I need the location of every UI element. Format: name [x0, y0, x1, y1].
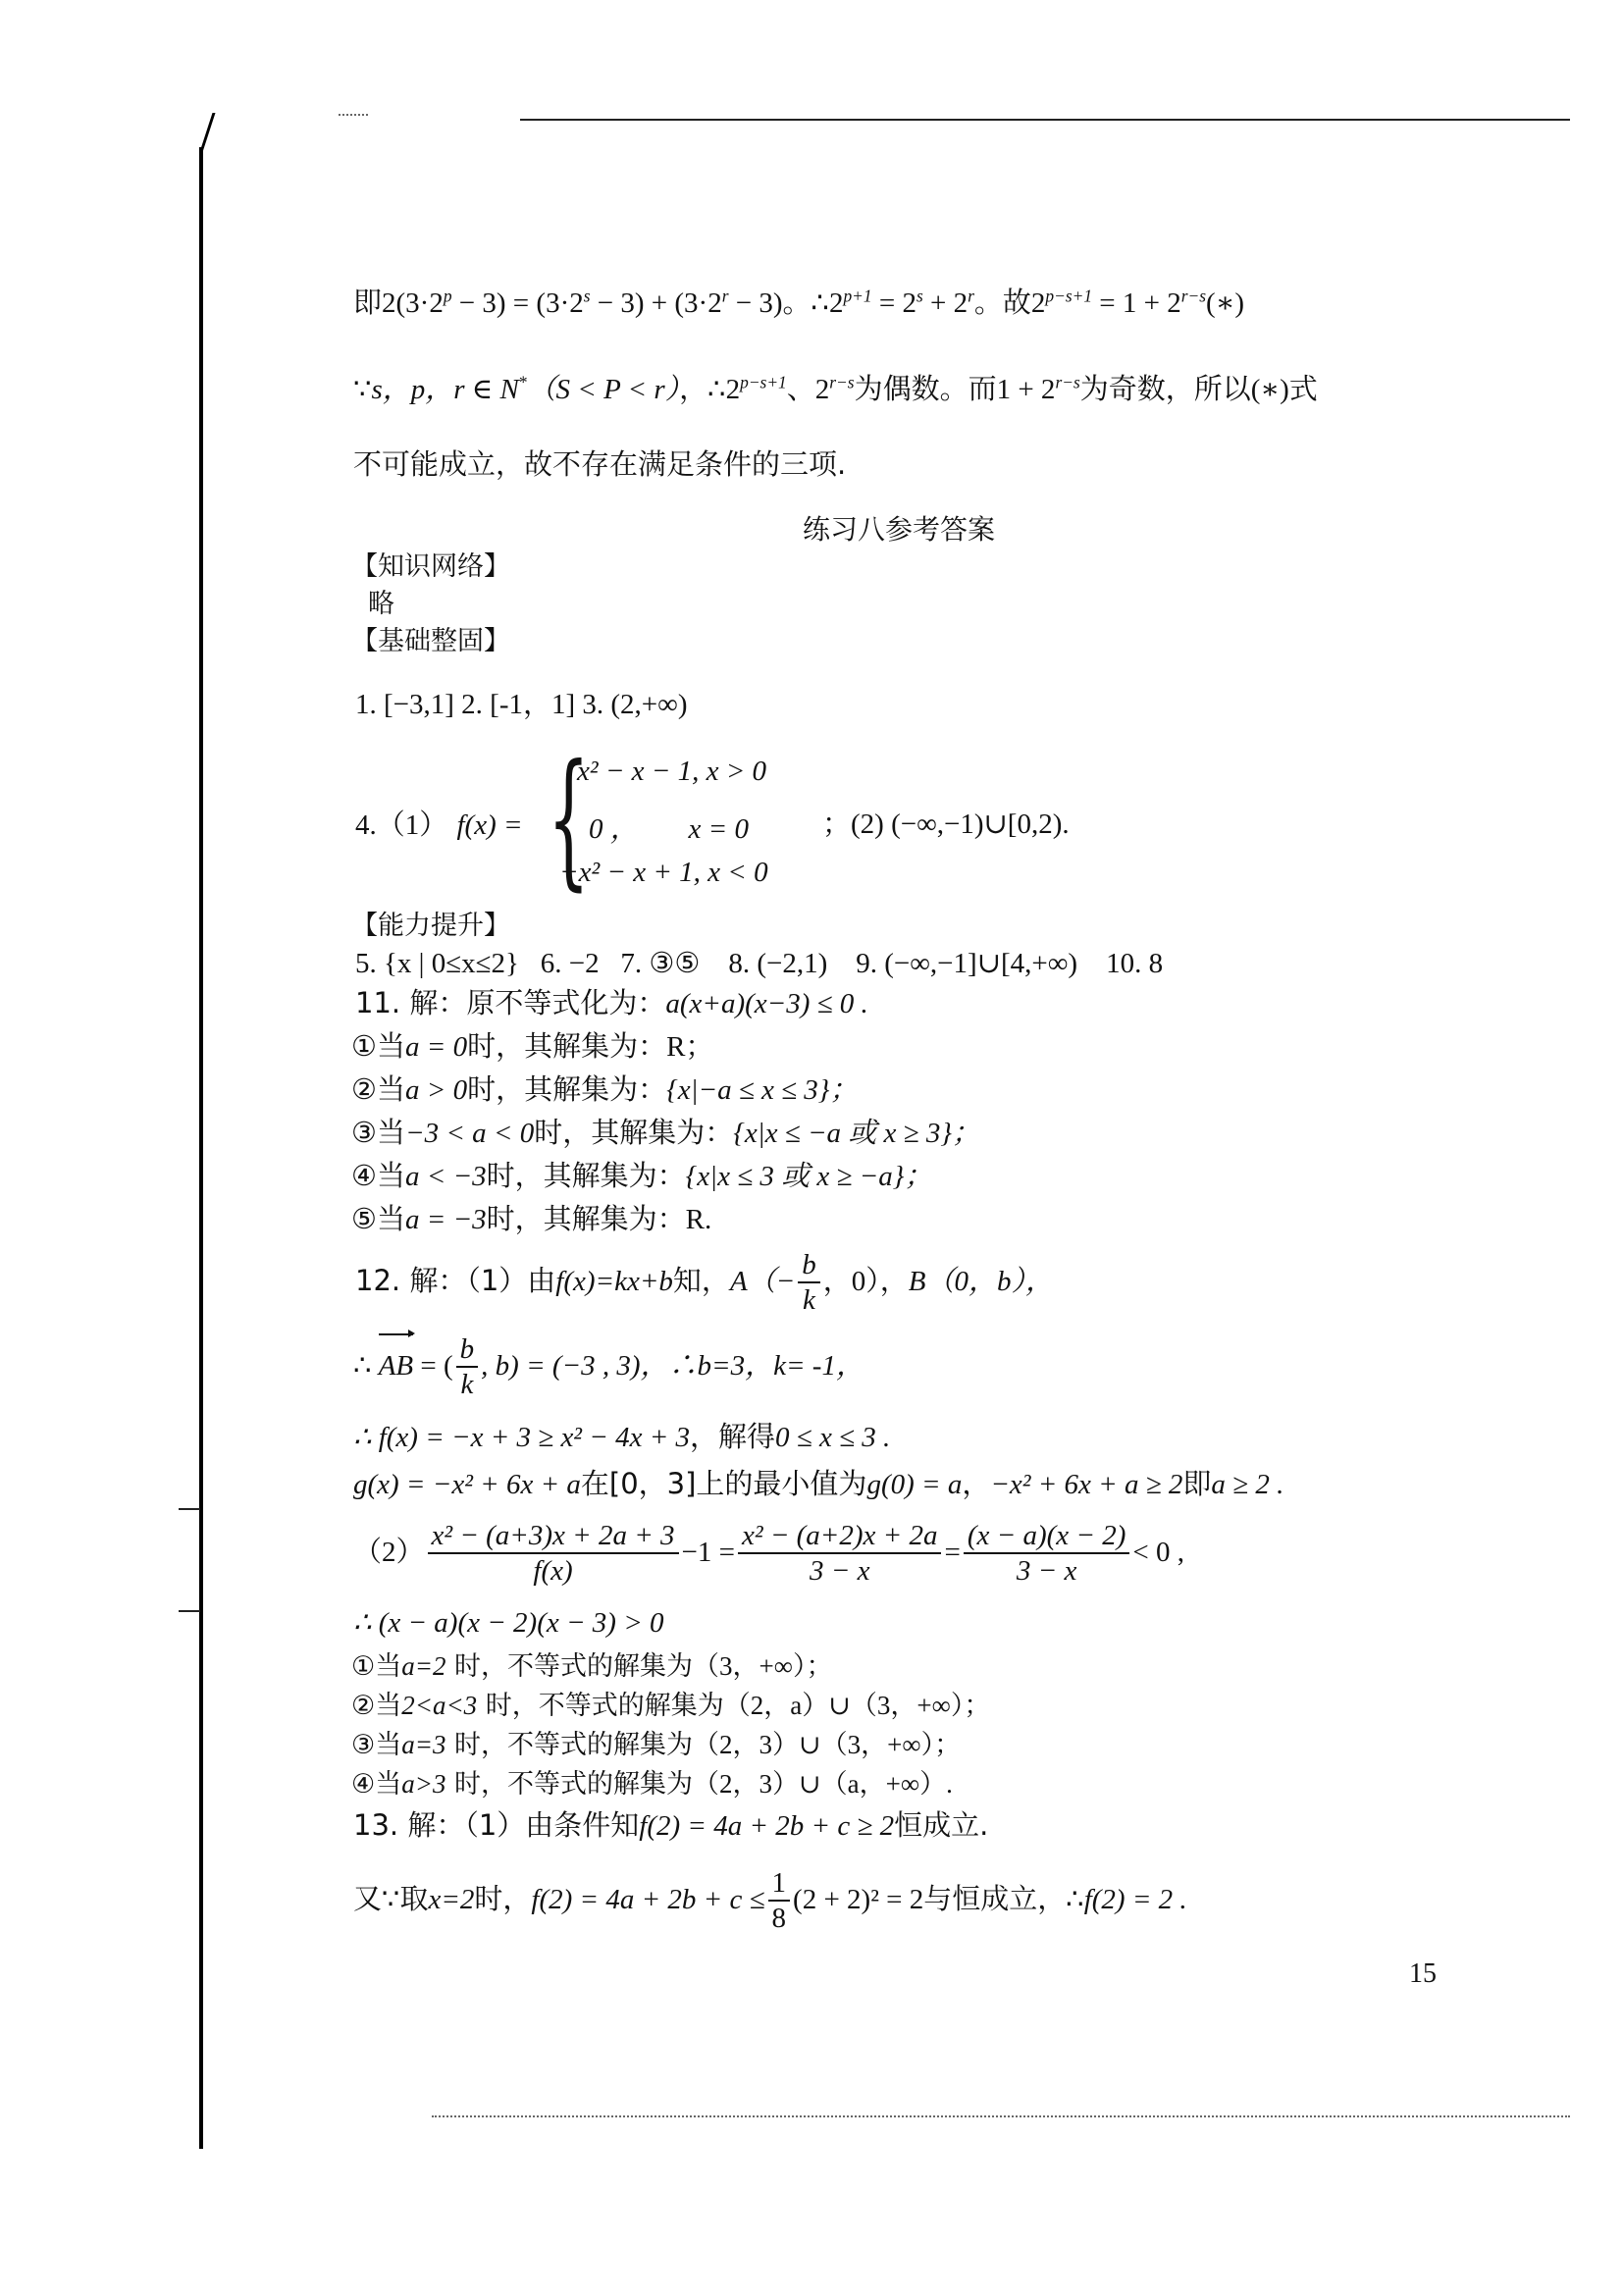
- piece-2: 0 ， x = 0: [589, 807, 749, 847]
- bottom-edge-dash: [432, 2115, 1570, 2117]
- top-edge-dash: [339, 114, 368, 116]
- piece-1: x² − x − 1, x > 0: [577, 756, 766, 788]
- answer-11-case-4: ④当a < −3时，其解集为：{x|x ≤ 3 或 x ≥ −a}；: [351, 1158, 932, 1194]
- answer-12-part-2: （2）x² − (a+3)x + 2a + 3f(x)−1 =x² − (a+2…: [353, 1517, 1184, 1588]
- section-knowledge-network: 【知识网络】: [351, 549, 510, 585]
- answer-11-case-5: ⑤当a = −3时，其解集为：R.: [351, 1201, 711, 1237]
- top-edge-line: [520, 119, 1570, 121]
- answer-12-case-4: ④当a>3 时，不等式的解集为（2，3）∪（a，+∞）.: [351, 1766, 953, 1802]
- margin-tick: [179, 1610, 200, 1612]
- binding-margin-hook: [200, 113, 216, 152]
- continuation-line-1: 即2(3·2p − 3) = (3·2s − 3) + (3·2r − 3)。∴…: [353, 285, 1244, 321]
- answer-4-part-2: ；(2) (−∞,−1)∪[0,2).: [822, 807, 1070, 842]
- binding-margin-line: [199, 147, 203, 2149]
- answers-5-10: 5. {x | 0≤x≤2} 6. −2 7. ③⑤ 8. (−2,1) 9. …: [355, 946, 1163, 981]
- answer-11-case-2: ②当a > 0时，其解集为：{x|−a ≤ x ≤ 3}；: [351, 1071, 858, 1108]
- answer-12-line-4: g(x) = −x² + 6x + a在[0，3]上的最小值为g(0) = a，…: [353, 1466, 1283, 1502]
- continuation-line-3: 不可能成立，故不存在满足条件的三项.: [353, 446, 846, 482]
- fraction-b-over-k: bk: [456, 1332, 479, 1401]
- answer-12-line-6: ∴ (x − a)(x − 2)(x − 3) > 0: [353, 1605, 664, 1641]
- continuation-line-2: ∵s，p，r ∈ N*（S < P < r），∴2p−s+1、2r−s为偶数。而…: [353, 371, 1318, 407]
- knowledge-network-body: 略: [368, 587, 394, 622]
- fraction-1: x² − (a+3)x + 2a + 3f(x): [428, 1519, 679, 1588]
- fraction-one-eighth: 18: [768, 1866, 791, 1935]
- answer-11-case-3: ③当−3 < a < 0时，其解集为：{x|x ≤ −a 或 x ≥ 3}；: [351, 1115, 980, 1151]
- answer-12-case-1: ①当a=2 时，不等式的解集为（3，+∞）；: [351, 1648, 833, 1685]
- margin-tick: [179, 1508, 200, 1510]
- answer-11-case-1: ①当a = 0时，其解集为：R；: [351, 1028, 713, 1065]
- fraction-2: x² − (a+2)x + 2a3 − x: [738, 1519, 941, 1588]
- answer-13-line-2: 又∵取x=2时，f(2) = 4a + 2b + c ≤18(2 + 2)² =…: [353, 1864, 1187, 1935]
- answers-1-3: 1. [−3,1] 2. [-1，1] 3. (2,+∞): [355, 687, 688, 722]
- fraction-b-over-k: bk: [798, 1248, 820, 1317]
- answer-11-intro: 11. 解：原不等式化为：a(x+a)(x−3) ≤ 0 .: [355, 985, 868, 1021]
- answer-12-case-2: ②当2<a<3 时，不等式的解集为（2，a）∪（3，+∞）；: [351, 1688, 990, 1724]
- answer-12-line-2: ∴ AB = (bk, b) = (−3 , 3)，∴b=3，k= -1，: [353, 1331, 864, 1401]
- answer-12-case-3: ③当a=3 时，不等式的解集为（2，3）∪（3，+∞）；: [351, 1727, 961, 1763]
- piece-3: −x² − x + 1, x < 0: [559, 857, 768, 889]
- page-title: 练习八参考答案: [803, 512, 995, 548]
- answer-12-line-1: 12. 解：（1）由f(x)=kx+b知，A（−bk，0），B（0，b），: [355, 1246, 1054, 1317]
- page-number: 15: [1409, 1958, 1437, 1990]
- section-basic-consolidation: 【基础整固】: [351, 624, 510, 659]
- section-ability-improvement: 【能力提升】: [351, 909, 510, 944]
- answer-12-line-3: ∴ f(x) = −x + 3 ≥ x² − 4x + 3，解得0 ≤ x ≤ …: [353, 1419, 890, 1455]
- answer-13-line-1: 13. 解：（1）由条件知f(2) = 4a + 2b + c ≥ 2恒成立.: [353, 1807, 988, 1844]
- answer-4: 4.（1） f(x) =: [355, 807, 523, 843]
- vector-ab: AB: [379, 1331, 413, 1400]
- fraction-3: (x − a)(x − 2)3 − x: [964, 1519, 1130, 1588]
